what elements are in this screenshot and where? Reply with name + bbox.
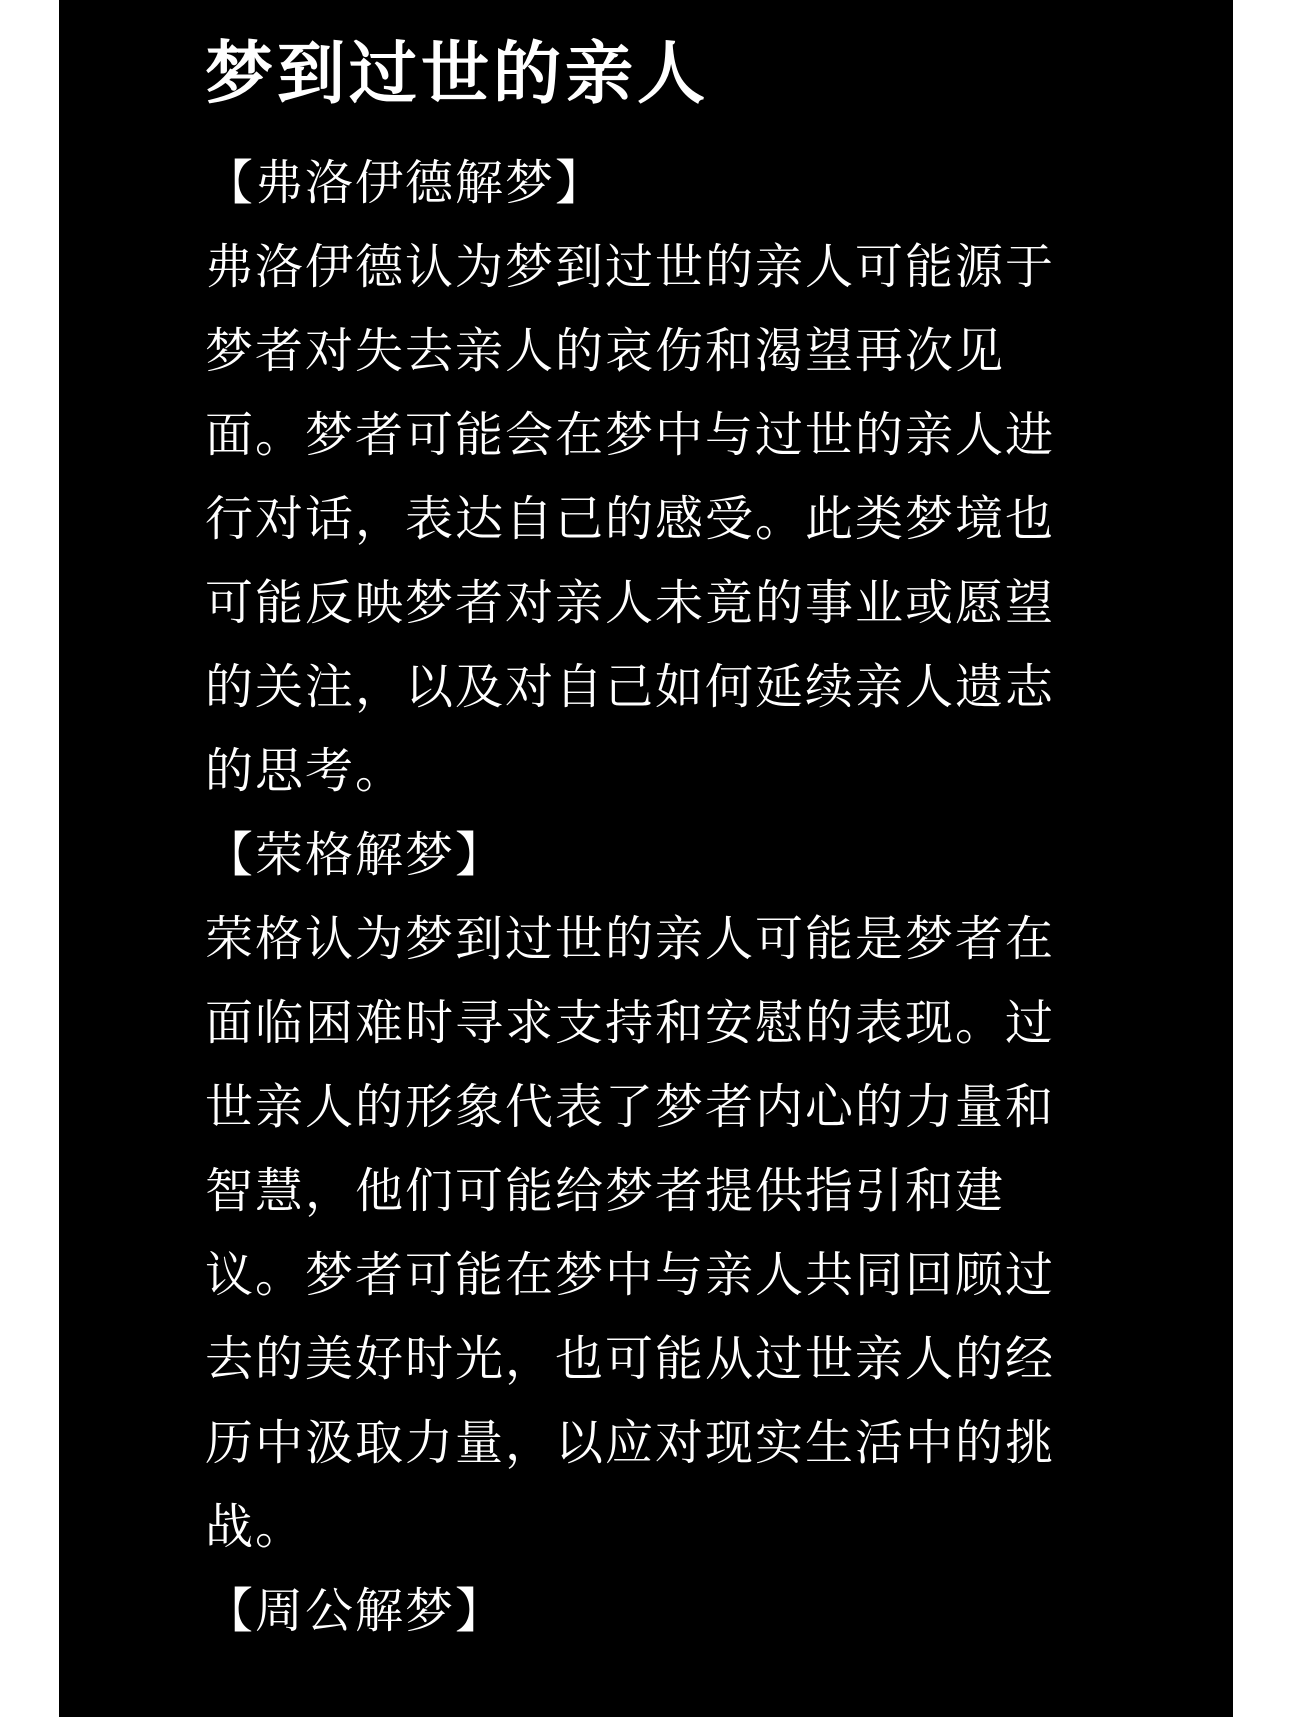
paragraph-line: 的关注，以及对自己如何延续亲人遗志 xyxy=(205,646,1233,730)
paragraph-line: 可能反映梦者对亲人未竟的事业或愿望 xyxy=(205,562,1233,646)
paragraph-line: 历中汲取力量，以应对现实生活中的挑 xyxy=(205,1402,1233,1486)
page-background: 梦到过世的亲人 【弗洛伊德解梦】 弗洛伊德认为梦到过世的亲人可能源于 梦者对失去… xyxy=(0,0,1291,1722)
paragraph-line: 行对话，表达自己的感受。此类梦境也 xyxy=(205,478,1233,562)
section-header: 【弗洛伊德解梦】 xyxy=(205,142,1233,226)
paragraph-line: 荣格认为梦到过世的亲人可能是梦者在 xyxy=(205,898,1233,982)
paragraph-line: 弗洛伊德认为梦到过世的亲人可能源于 xyxy=(205,226,1233,310)
paragraph-line: 面。梦者可能会在梦中与过世的亲人进 xyxy=(205,394,1233,478)
paragraph-line: 议。梦者可能在梦中与亲人共同回顾过 xyxy=(205,1234,1233,1318)
paragraph-line: 战。 xyxy=(205,1486,1233,1570)
paragraph-line: 去的美好时光，也可能从过世亲人的经 xyxy=(205,1318,1233,1402)
section-header: 【荣格解梦】 xyxy=(205,814,1233,898)
paragraph-line: 智慧，他们可能给梦者提供指引和建 xyxy=(205,1150,1233,1234)
paragraph-line: 世亲人的形象代表了梦者内心的力量和 xyxy=(205,1066,1233,1150)
poster-title: 梦到过世的亲人 xyxy=(205,36,1233,112)
section-header: 【周公解梦】 xyxy=(205,1570,1233,1654)
paragraph-line: 梦者对失去亲人的哀伤和渴望再次见 xyxy=(205,310,1233,394)
paragraph-line: 的思考。 xyxy=(205,730,1233,814)
poster-card: 梦到过世的亲人 【弗洛伊德解梦】 弗洛伊德认为梦到过世的亲人可能源于 梦者对失去… xyxy=(59,0,1233,1717)
section-freud: 【弗洛伊德解梦】 弗洛伊德认为梦到过世的亲人可能源于 梦者对失去亲人的哀伤和渴望… xyxy=(205,142,1233,814)
section-zhougong: 【周公解梦】 xyxy=(205,1570,1233,1654)
paragraph-line: 面临困难时寻求支持和安慰的表现。过 xyxy=(205,982,1233,1066)
poster-content: 梦到过世的亲人 【弗洛伊德解梦】 弗洛伊德认为梦到过世的亲人可能源于 梦者对失去… xyxy=(59,0,1233,1654)
section-jung: 【荣格解梦】 荣格认为梦到过世的亲人可能是梦者在 面临困难时寻求支持和安慰的表现… xyxy=(205,814,1233,1570)
